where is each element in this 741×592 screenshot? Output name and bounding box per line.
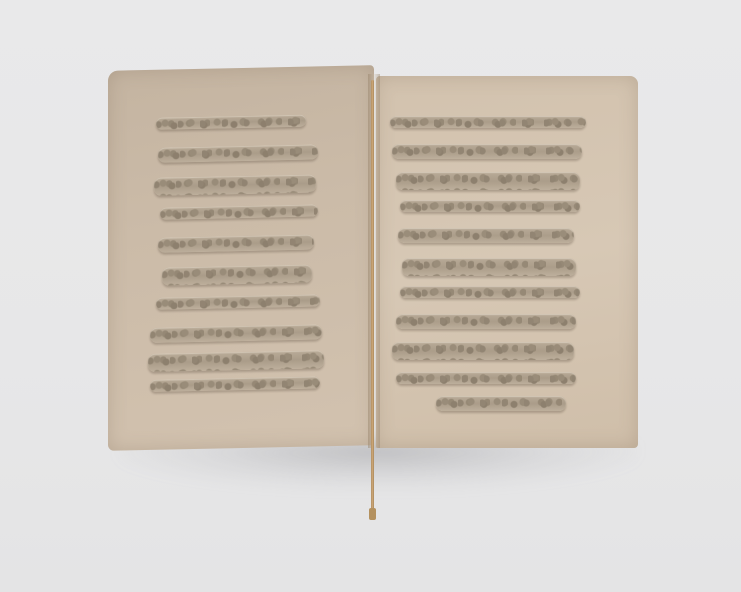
relief-text-line xyxy=(156,294,320,309)
relief-text-line xyxy=(392,144,582,159)
relief-text-line xyxy=(150,376,320,392)
relief-text-line xyxy=(156,115,306,130)
bookmark-string xyxy=(371,80,374,518)
relief-text-line xyxy=(158,144,318,162)
artwork-photo xyxy=(0,0,741,592)
relief-text-line xyxy=(158,234,314,252)
relief-text-line xyxy=(396,172,580,190)
right-page xyxy=(376,76,638,448)
left-page xyxy=(108,65,374,451)
relief-text-line xyxy=(162,265,312,286)
relief-text-line xyxy=(396,372,576,384)
book-spine xyxy=(368,74,380,448)
relief-text-line xyxy=(148,350,324,372)
relief-text-line xyxy=(396,314,576,329)
relief-text-line xyxy=(390,116,586,128)
relief-text-line xyxy=(160,204,318,219)
relief-text-line xyxy=(400,200,580,212)
relief-text-line xyxy=(392,342,574,360)
relief-text-line xyxy=(436,396,566,411)
relief-text-line xyxy=(402,258,576,276)
relief-text-line xyxy=(154,174,316,195)
relief-text-line xyxy=(400,286,580,298)
relief-text-line xyxy=(398,228,574,243)
bookmark-string-knot xyxy=(369,508,376,520)
relief-text-line xyxy=(150,324,322,343)
